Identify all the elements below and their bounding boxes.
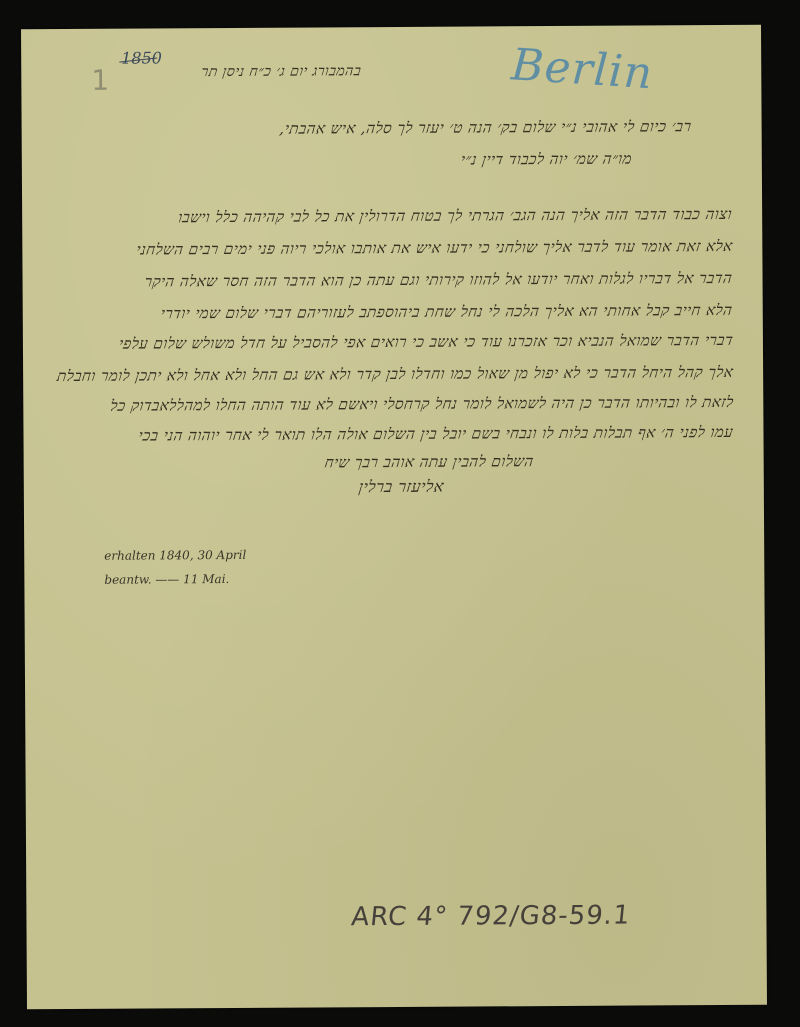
body-line: הדבר אל דבריו לגלות ואחר יודעו אל להוזו … — [144, 269, 734, 292]
archive-call-number: ARC 4° 792/G8-59.1 — [350, 901, 632, 933]
folio-number: 1 — [91, 64, 109, 97]
body-line: אלא זאת אומר עוד לדבר אליך שולחני כי ידע… — [135, 237, 734, 260]
body-line: דברי הדבר שמואל הנביא וכר אזכרנו עוד כי … — [117, 331, 734, 354]
answered-note: beantw. —— 11 Mai. — [104, 572, 229, 587]
body-line: לזאת לו ובהיותו הדבר כן היה לשמואל לומר … — [109, 393, 735, 416]
body-line: אלך קהל היחל הדבר כי לא יפול מן שאול כמו… — [56, 363, 735, 386]
place-stamp-berlin: Berlin — [510, 39, 655, 99]
signature: אליעזר ברלין — [357, 477, 445, 498]
body-line: עמו לפני ה׳ אף תבלות בלות לו ונבחי בשם י… — [138, 423, 735, 446]
letter-paper: 1 1850 Berlin בהמבורג יום ג׳ כ״ח ניסן תר… — [21, 25, 767, 1010]
header-date-line: בהמבורג יום ג׳ כ״ח ניסן תר — [200, 63, 362, 81]
body-line: הלא חייב קבל אחותי הא אליך הלכה לי נחל ש… — [160, 301, 734, 324]
salutation-line-1: רב׳ כיום לי אהובי נ״י שלום בק׳ הנה ט׳ יע… — [279, 117, 693, 139]
body-line: וצוה כבוד הדבר הזה אליך הנה הגב׳ הגרתי ל… — [177, 205, 733, 227]
salutation-line-2: מו״ה שמ׳ יוה לכבוד דיין נ״י — [459, 150, 633, 170]
closing-line: השלום להבין עתה אוהב רבך שיח — [323, 452, 534, 472]
received-note: erhalten 1840, 30 April — [104, 548, 246, 563]
